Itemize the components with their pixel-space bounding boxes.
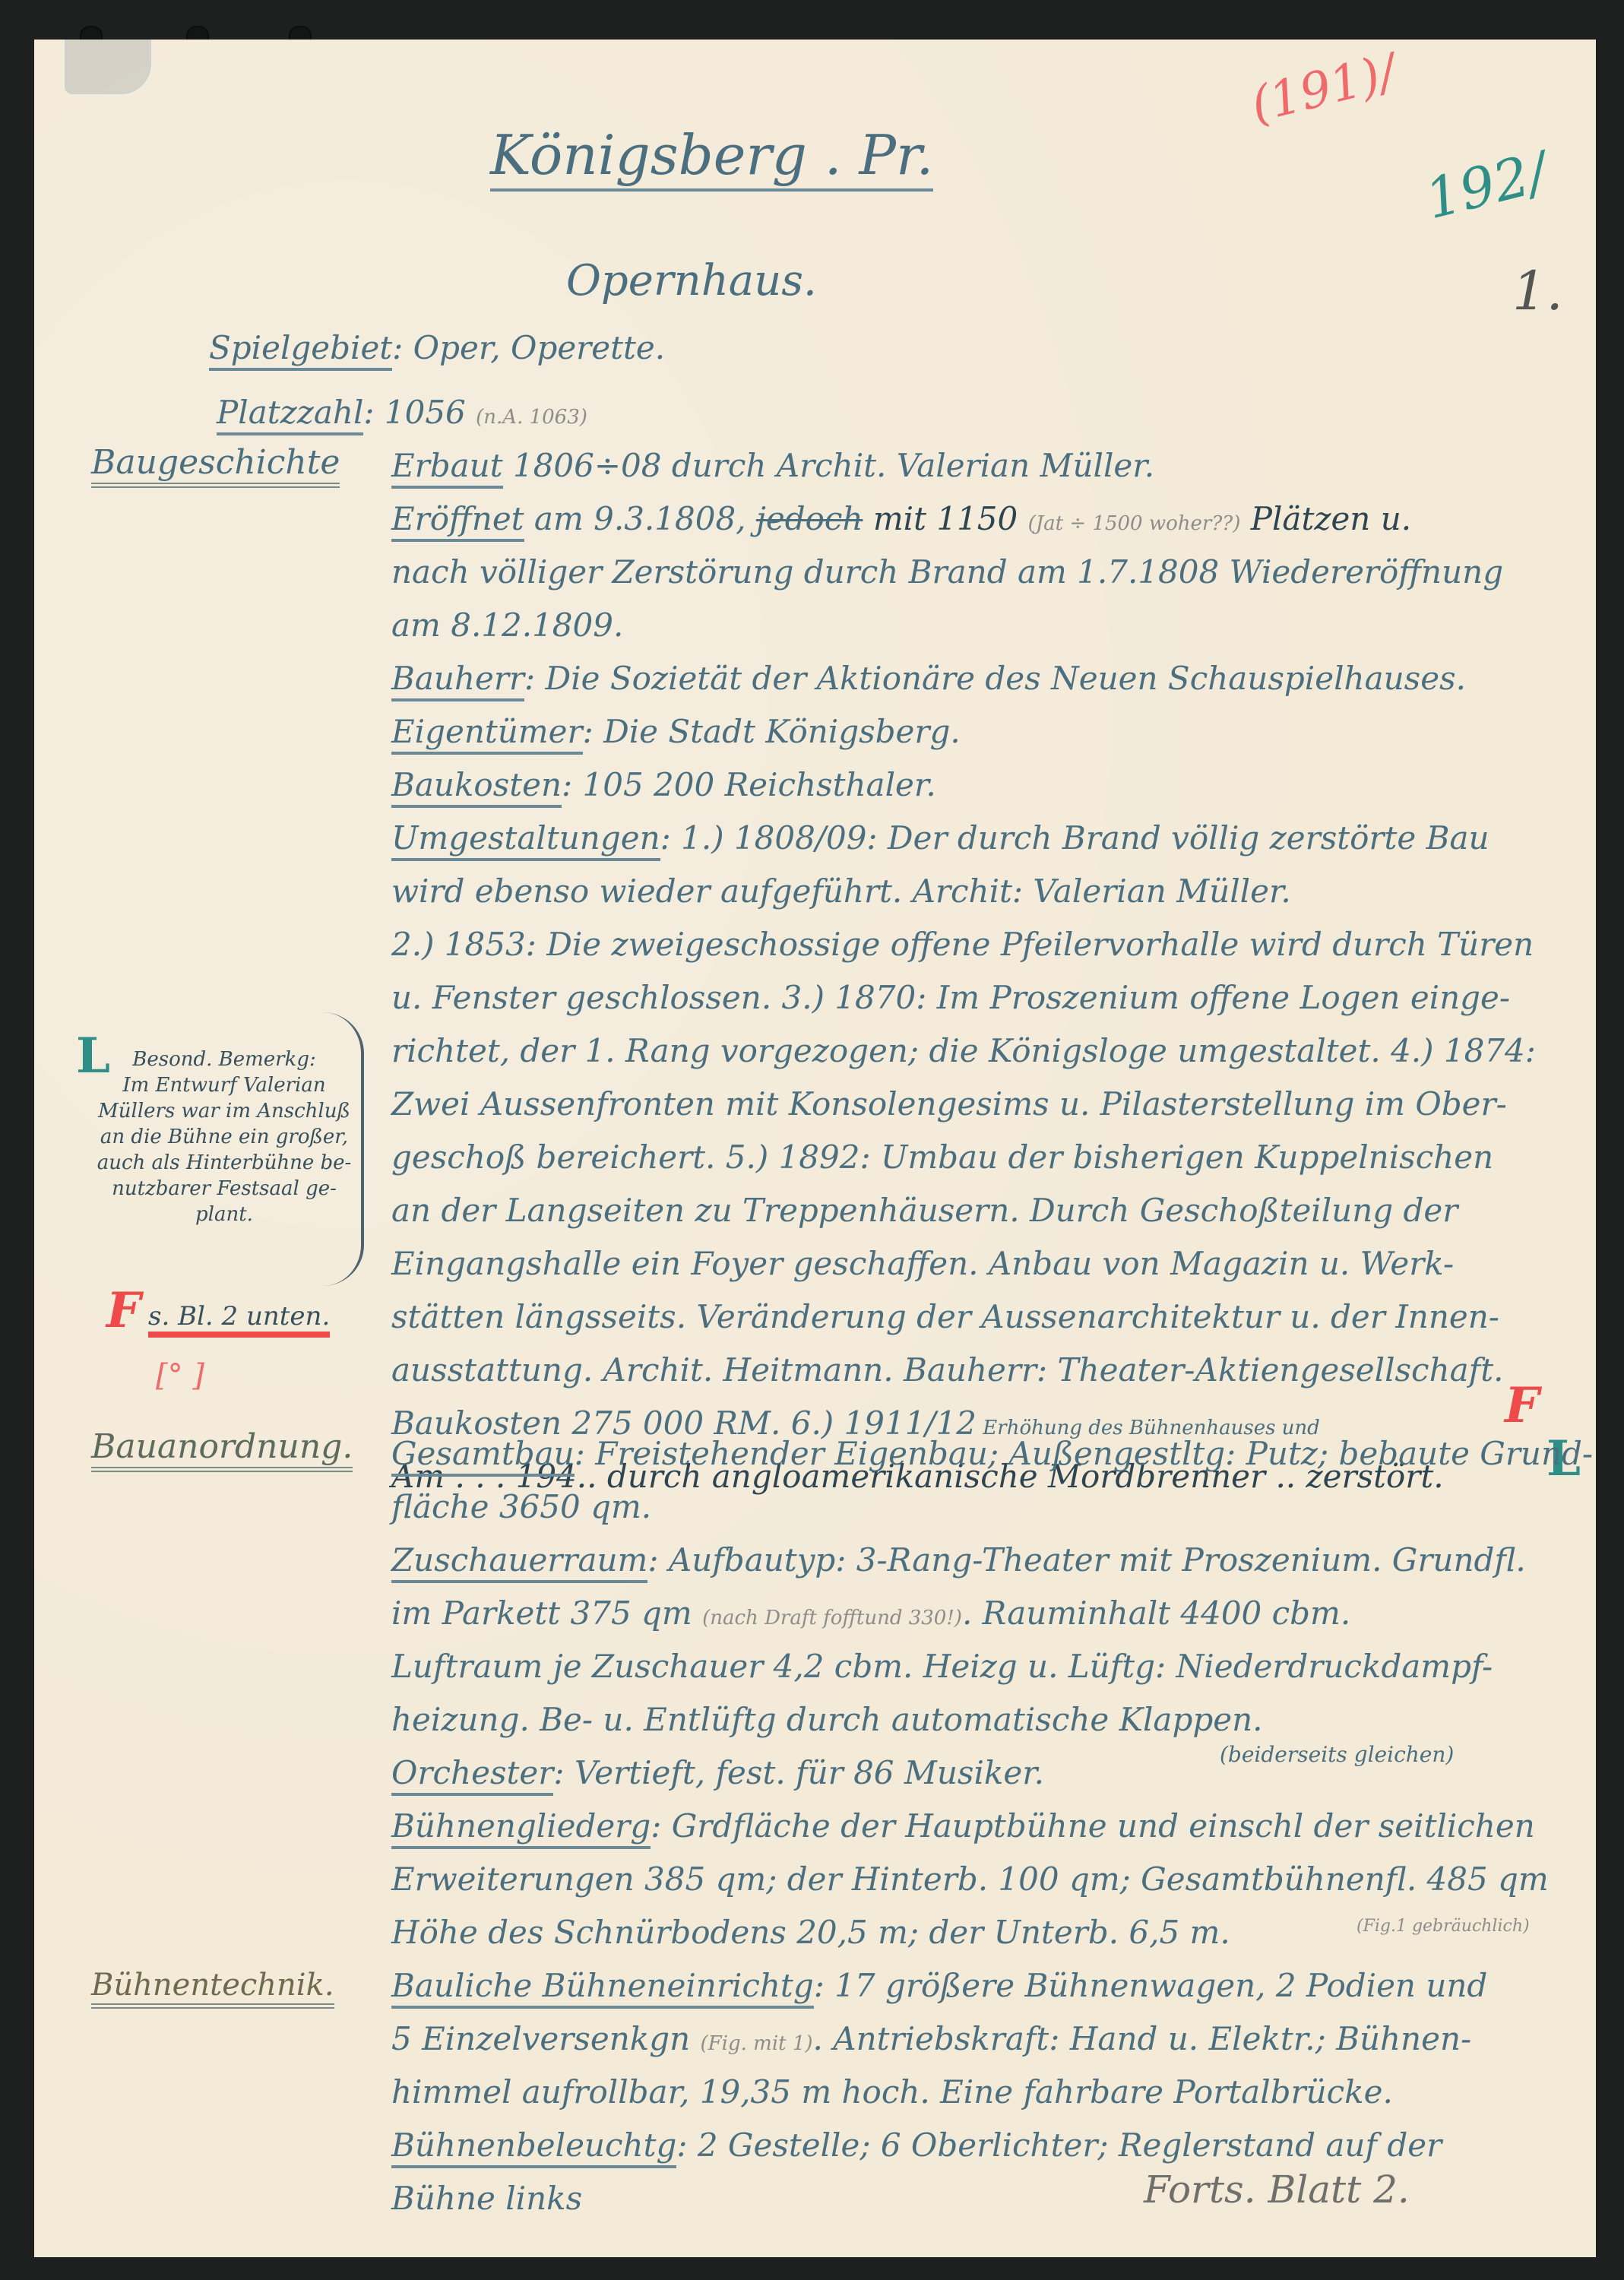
text-line: Erweiterungen 385 qm; der Hinterb. 100 q… — [391, 1864, 1549, 1895]
red-f-mark-icon: F — [106, 1282, 141, 1339]
text-line: fläche 3650 qm. — [391, 1491, 651, 1523]
margin-bracket — [323, 1012, 364, 1286]
red-f-mark-icon: F — [1505, 1377, 1539, 1434]
note-platzzahl: (n.A. 1063) — [476, 406, 587, 429]
section-label-baugeschichte: Baugeschichte — [91, 446, 340, 488]
text-line: Eigentümer: Die Stadt Königsberg. — [391, 716, 961, 748]
red-bracket-mark: [° ] — [156, 1358, 204, 1393]
text-line: Bühne links — [391, 2183, 582, 2215]
field-spielgebiet: Spielgebiet: Oper, Operette. — [209, 332, 665, 364]
text-line: Baukosten: 105 200 Reichsthaler. — [391, 769, 936, 801]
pencil-note: (Fig. mit 1) — [701, 2032, 813, 2055]
struck-word: jedoch — [756, 500, 863, 537]
label-spielgebiet: Spielgebiet — [209, 329, 392, 371]
text-line: geschoß bereichert. 5.) 1892: Umbau der … — [391, 1142, 1493, 1173]
text-line: Zuschauerraum: Aufbautyp: 3-Rang-Theater… — [391, 1544, 1526, 1576]
text-line: Bühnengliederg: Grdfläche der Hauptbühne… — [391, 1810, 1535, 1842]
text-line: ausstattung. Archit. Heitmann. Bauherr: … — [391, 1354, 1503, 1386]
punch-hole — [289, 26, 312, 40]
text-line: u. Fenster geschlossen. 3.) 1870: Im Pro… — [391, 982, 1510, 1014]
text-line: himmel aufrollbar, 19,35 m hoch. Eine fa… — [391, 2076, 1393, 2108]
page-subtitle-building: Opernhaus. — [566, 256, 817, 306]
punch-hole — [80, 26, 103, 40]
text-line: 2.) 1853: Die zweigeschossige offene Pfe… — [391, 929, 1534, 961]
pencil-note: (Fig.1 gebräuchlich) — [1356, 1917, 1530, 1936]
text-line: am 8.12.1809. — [391, 610, 623, 641]
section-label-buehnentechnik: Bühnentechnik. — [91, 1970, 334, 2009]
label-platzzahl: Platzzahl — [217, 394, 363, 435]
text-line: Bauherr: Die Sozietät der Aktionäre des … — [391, 663, 1466, 695]
value-spielgebiet: : Oper, Operette. — [392, 329, 665, 366]
text-line: Bühnenbeleuchtg: 2 Gestelle; 6 Oberlicht… — [391, 2130, 1442, 2161]
section-label-bauanordnung: Bauanordnung. — [91, 1430, 353, 1472]
text-line: 5 Einzelversenkgn (Fig. mit 1). Antriebs… — [391, 2023, 1471, 2055]
document-sheet: (191)/ 192/ 1. Königsberg . Pr. Opernhau… — [34, 40, 1596, 2257]
punch-hole — [186, 26, 209, 40]
margin-note-besond-bemerkg: Besond. Bemerkg: Im Entwurf Valerian Mül… — [87, 1047, 361, 1227]
pencil-note: (nach Draft fofftund 330!) — [702, 1607, 962, 1629]
archive-number-red: (191)/ — [1246, 44, 1402, 135]
text-line: heizung. Be- u. Entlüftg durch automatis… — [391, 1704, 1262, 1736]
text-line: Eingangshalle ein Foyer geschaffen. Anba… — [391, 1248, 1454, 1280]
text-line: Bauliche Bühneneinrichtg: 17 größere Büh… — [391, 1970, 1487, 2002]
text-line: Zwei Aussenfronten mit Konsolengesims u.… — [391, 1088, 1507, 1120]
page-title-city: Königsberg . Pr. — [490, 123, 933, 192]
text-line: stätten längsseits. Veränderung der Auss… — [391, 1301, 1499, 1333]
field-platzzahl: Platzzahl: 1056 (n.A. 1063) — [217, 397, 587, 429]
text-line: Gesamtbau: Freistehender Eigenbau; Außen… — [391, 1438, 1593, 1470]
sheet-number: 1. — [1512, 260, 1563, 322]
insertion-note: (beiderseits gleichen) — [1220, 1742, 1454, 1767]
text-line: wird ebenso wieder aufgeführt. Archit: V… — [391, 876, 1291, 907]
text-line: Höhe des Schnürbodens 20,5 m; der Unterb… — [391, 1917, 1230, 1949]
text-line: Luftraum je Zuschauer 4,2 cbm. Heizg u. … — [391, 1651, 1493, 1683]
plastic-clip — [65, 40, 151, 94]
text-line: an der Langseiten zu Treppenhäusern. Dur… — [391, 1195, 1458, 1227]
text-line: Eröffnet am 9.3.1808, jedoch mit 1150 (J… — [391, 503, 1411, 535]
value-platzzahl: : 1056 — [363, 394, 465, 431]
text-line: Erbaut 1806÷08 durch Archit. Valerian Mü… — [391, 450, 1154, 482]
text-line: Umgestaltungen: 1.) 1808/09: Der durch B… — [391, 822, 1489, 854]
text-line: richtet, der 1. Rang vorgezogen; die Kön… — [391, 1035, 1536, 1067]
text-line: im Parkett 375 qm (nach Draft fofftund 3… — [391, 1598, 1350, 1629]
pencil-note: (Jat ÷ 1500 woher??) — [1028, 512, 1241, 535]
archive-number-green: 192/ — [1419, 140, 1553, 232]
red-note-see-sheet-2: s. Bl. 2 unten. — [148, 1301, 330, 1338]
text-line: nach völliger Zerstörung durch Brand am … — [391, 556, 1503, 588]
continuation-note: Forts. Blatt 2. — [1144, 2168, 1410, 2212]
text-line: Orchester: Vertieft, fest. für 86 Musike… — [391, 1757, 1044, 1789]
